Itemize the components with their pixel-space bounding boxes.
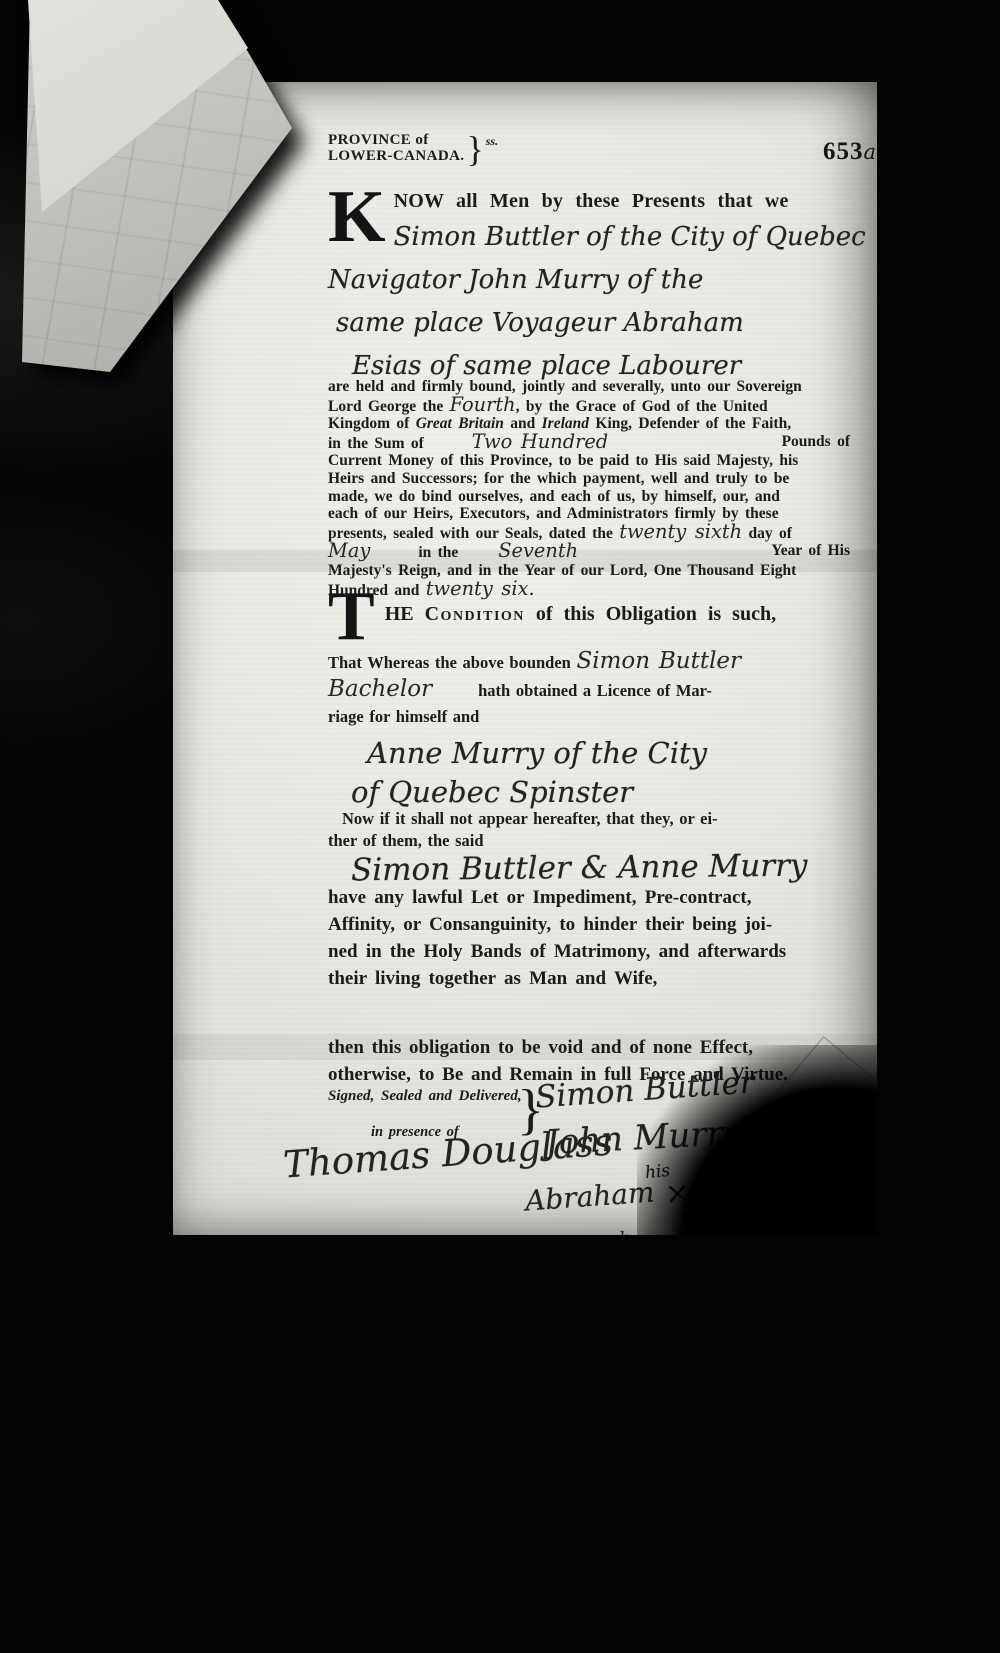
condition-heading: T HE Condition of this Obligation is suc… [328, 587, 850, 643]
condition-paragraph: That Whereas the above bounden Simon But… [328, 648, 850, 730]
folio-number-suffix-handwritten: a [864, 140, 878, 164]
condition-heading-line: HE Condition of this Obligation is such, [328, 587, 850, 641]
folded-paper-corner [0, 0, 340, 410]
opening-clause: K NOW all Men by these Presents that we … [328, 186, 850, 388]
corner-shadow [637, 1045, 877, 1235]
bond-paragraph: are held and firmly bound, jointly and s… [328, 378, 850, 599]
signed-sealed-label: Signed, Sealed and Delivered, [328, 1088, 522, 1105]
folio-number: 653a [823, 138, 877, 166]
folio-number-printed: 653 [823, 138, 864, 165]
bride-handwriting: Anne Murry of the Cityof Quebec Spinster [351, 734, 707, 812]
dropcap-t: T [328, 591, 375, 643]
principals-handwriting: Simon Buttler of the City of QuebecNavig… [328, 216, 850, 388]
mark-word-label: mark [584, 1228, 630, 1235]
province-line-2: LOWER-CANADA. [328, 148, 464, 164]
header-province: PROVINCE of LOWER-CANADA. } ss. [328, 132, 498, 166]
marksman-first-name: Abraham [524, 1176, 655, 1218]
opening-line: NOW all Men by these Presents that we [328, 186, 850, 216]
now-clause: Now if it shall not appear hereafter, th… [328, 808, 850, 852]
province-line-1: PROVINCE of [328, 132, 464, 148]
impediment-paragraph: have any lawful Let or Impediment, Pre-c… [328, 884, 850, 992]
couple-handwriting: Simon Buttler & Anne Murry [351, 848, 808, 889]
header-abbreviation: ss. [486, 134, 498, 149]
header-brace: } [466, 132, 483, 166]
